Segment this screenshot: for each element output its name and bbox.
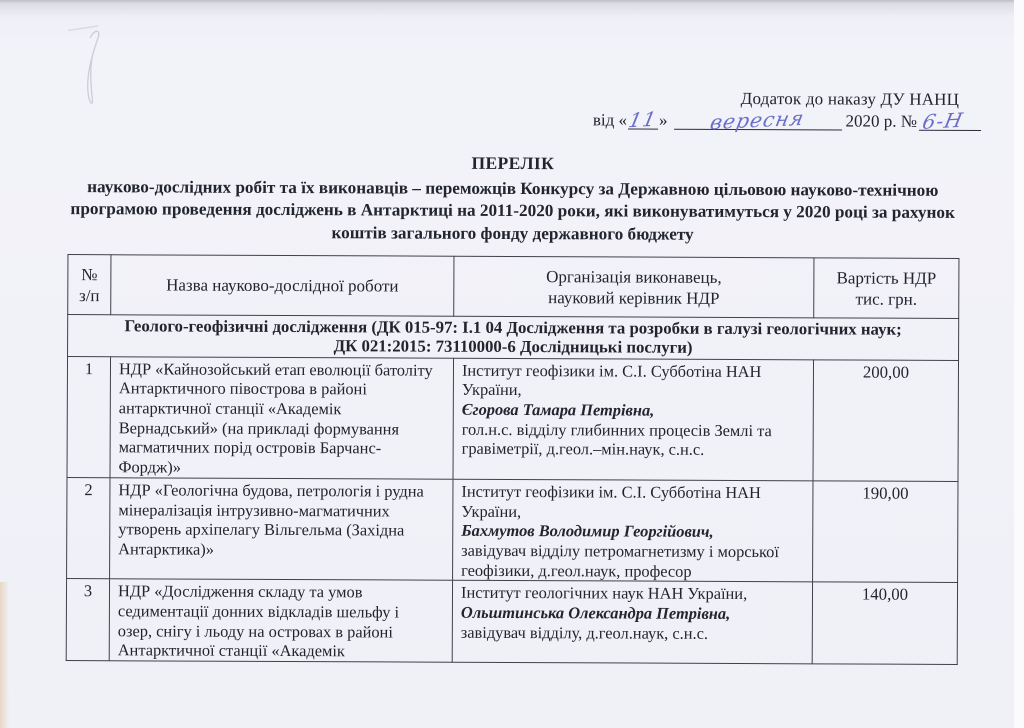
handwritten-order-number: 6-Н (921, 110, 965, 132)
cost-value: 190,00 (813, 481, 958, 583)
header-cell-work-name: Назва науково-дослідної роботи (111, 255, 454, 316)
table-row: 3 НДР «Дослідження складу та умов седиме… (66, 579, 957, 665)
handwritten-month: вересня (709, 108, 807, 132)
row-number: 2 (67, 477, 110, 579)
cost-value: 200,00 (813, 359, 959, 481)
header-cell-organization: Організація виконавець, науковий керівни… (454, 256, 814, 318)
document-subtitle: науково-дослідних робіт та їх виконавців… (23, 176, 1003, 247)
section-row-geology: Геолого-геофізичні дослідження (ДК 015-9… (68, 315, 959, 360)
scanned-page: Додаток до наказу ДУ НАНЦ від «11»вересн… (0, 0, 1024, 728)
organization-cell: Інститут геофізики ім. С.І. Субботіна НА… (453, 358, 814, 481)
leader-position: гол.н.с. відділу глибинних процесів Земл… (462, 419, 772, 459)
table-row: 1 НДР «Кайнозойський етап еволюції батол… (67, 356, 959, 481)
institute-name: Інститут геофізики ім. С.І. Субботіна НА… (462, 360, 762, 399)
row-number: 1 (67, 356, 111, 477)
leader-name: Ольштинська Олександра Петрівна, (461, 603, 730, 623)
document-sheet: Додаток до наказу ДУ НАНЦ від «11»вересн… (0, 0, 1024, 728)
organization-cell: Інститут геофізики ім. С.І. Субботіна НА… (453, 479, 813, 582)
work-title: НДР «Кайнозойський етап еволюції батоліт… (110, 356, 454, 479)
institute-name: Інститут геофізики ім. С.І. Субботіна НА… (461, 482, 761, 521)
leader-position: завідувач відділу, д.геол.наук, с.н.с. (461, 623, 708, 643)
order-date-line: від «11»вересня2020 р. №6-Н (593, 108, 981, 132)
order-number-blank: 6-Н (919, 110, 981, 131)
organization-cell: Інститут геологічних наук НАН України,Ол… (452, 581, 812, 664)
work-title: НДР «Дослідження складу та умов седимент… (109, 579, 452, 662)
header-cell-cost: Вартість НДР тис. грн. (814, 258, 959, 319)
date-close-quote: » (659, 111, 668, 130)
date-prefix: від « (593, 110, 627, 129)
table-header-row: № з/п Назва науково-дослідної роботи Орг… (68, 255, 959, 319)
leader-name: Бахмутов Володимир Георгійович, (461, 521, 713, 541)
date-month-blank: вересня (674, 109, 842, 131)
date-day-blank: 11 (628, 109, 658, 130)
document-title: ПЕРЕЛІК (1, 151, 1024, 176)
institute-name: Інститут геологічних наук НАН України, (461, 583, 747, 603)
cost-value: 140,00 (812, 582, 957, 664)
header-cell-number: № з/п (68, 255, 111, 315)
date-year-part: 2020 р. № (846, 111, 918, 130)
work-title: НДР «Геологічна будова, петрологія і руд… (110, 478, 453, 581)
leader-name: Єгорова Тамара Петрівна, (462, 400, 655, 420)
leader-position: завідувач відділу петромагнетизму і морс… (461, 541, 779, 581)
research-works-table: № з/п Назва науково-дослідної роботи Орг… (66, 254, 960, 665)
section-title: Геолого-геофізичні дослідження (ДК 015-9… (68, 315, 959, 360)
table-row: 2 НДР «Геологічна будова, петрологія і р… (67, 477, 958, 582)
row-number: 3 (66, 579, 109, 661)
handwritten-day: 11 (627, 109, 659, 130)
